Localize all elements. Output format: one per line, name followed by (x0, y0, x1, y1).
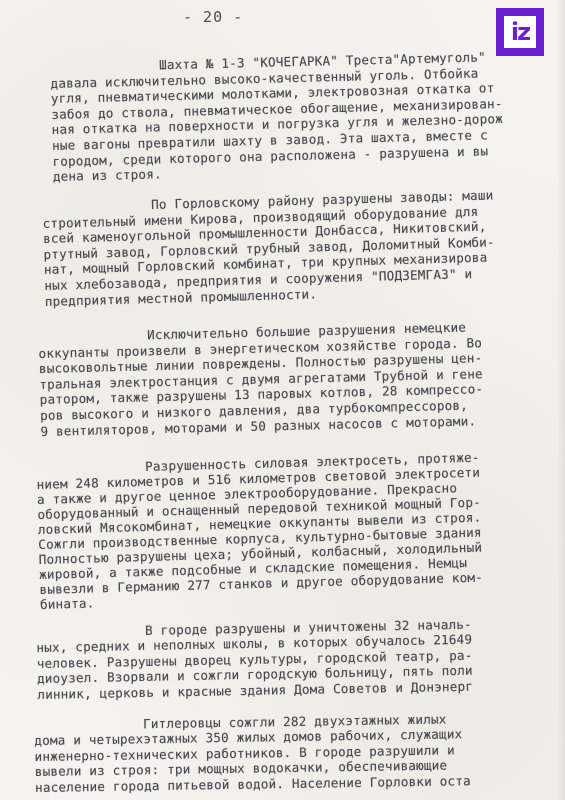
text-line: бината. (40, 595, 95, 612)
page-edge-shadow (557, 0, 565, 800)
page-number: - 20 - (183, 8, 243, 26)
document-page: - 20 - iz Шахта № 1-3 "КОЧЕГАРКА" Треста… (0, 0, 565, 800)
logo-text: iz (504, 16, 536, 48)
text-line: дена из строя. (53, 166, 162, 184)
izvestia-logo-icon: iz (496, 8, 544, 56)
